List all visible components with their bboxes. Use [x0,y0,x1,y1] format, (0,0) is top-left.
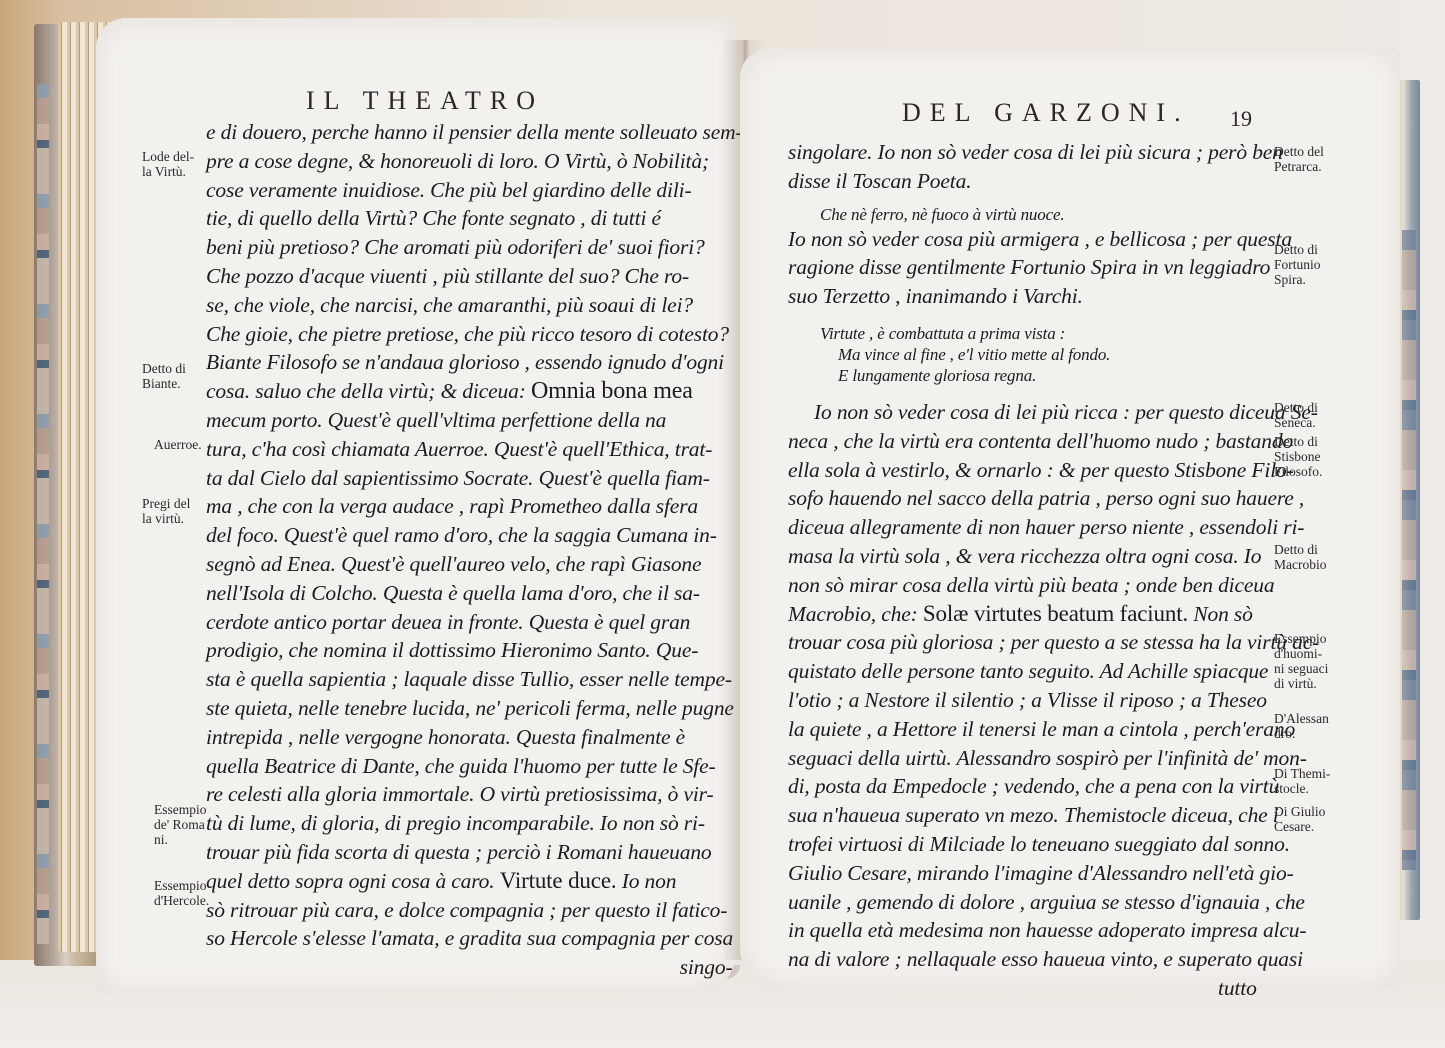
text-line: ella sola à vestirlo, & ornarlo : & per … [788,456,1319,485]
catchword: singo- [206,953,743,982]
text-line: se, che viole, che narcisi, che amaranth… [206,291,743,320]
text-line: trouar più fida scorta di questa ; perci… [206,838,743,867]
text-line: singolare. Io non sò veder cosa di lei p… [788,138,1319,167]
text-line: re celesti alla gloria immortale. O virt… [206,780,743,809]
margin-note: D'Alessan dro. [1274,711,1329,741]
text-line: beni più pretioso? Che aromati più odori… [206,233,743,262]
text-line: sò ritrouar più cara, e dolce compagnia … [206,896,743,925]
text-line: nell'Isola di Colcho. Questa è quella la… [206,579,743,608]
text-line: del foco. Quest'è quel ramo d'oro, che l… [206,521,743,550]
text-line: l'otio ; a Nestore il silentio ; a Vliss… [788,686,1319,715]
text-line: di, posta da Empedocle ; vedendo, che a … [788,772,1319,801]
text-line-with-latin: Macrobio, che: Solæ virtutes beatum faci… [788,600,1319,629]
margin-note-text: Detto di Macrobio [1274,542,1326,572]
text-line: Biante Filosofo se n'andaua glorioso , e… [206,348,743,377]
margin-note-text: Lode del- la Virtù. [142,149,194,179]
margin-note-text: Detto del Petrarca. [1274,144,1324,174]
text-line: e di douero, perche hanno il pensier del… [206,118,743,147]
text-line: masa la virtù sola , & vera ricchezza ol… [788,542,1319,571]
margin-note-text: Essempio de' Roma ni. [154,802,207,847]
margin-note: Essempio d'huomi- ni seguaci di virtù. [1274,631,1328,691]
text-line: tura, c'ha così chiamata Auerroe. Quest'… [206,435,743,464]
margin-note-text: Di Themi- stocle. [1274,766,1330,796]
margin-note: Essempio de' Roma ni. [154,802,207,847]
text-line: seguaci della uirtù. Alessandro sospirò … [788,744,1319,773]
page-number: 19 [1230,106,1252,132]
text-line: uanile , gemendo di dolore , arguiua se … [788,888,1319,917]
text-line: diceua allegramente di non hauer perso n… [788,513,1319,542]
text-line: cose veramente inuidiose. Che più bel gi… [206,176,743,205]
verse-line: Che nè ferro, nè fuoco à virtù nuoce. [788,204,1319,225]
text-line: ragione disse gentilmente Fortunio Spira… [788,253,1319,282]
text-line: ma , che con la verga audace , rapì Prom… [206,492,743,521]
text-line-with-latin: quel detto sopra ogni cosa à caro. Virtu… [206,867,743,896]
text-line: prodigio, che nomina il dottissimo Hiero… [206,636,743,665]
text-line: Giulio Cesare, mirando l'imagine d'Aless… [788,859,1319,888]
text-line: sua n'haueua superato vn mezo. Themistoc… [788,801,1319,830]
text-line: sta è quella sapientia ; laquale disse T… [206,665,743,694]
verse-line: E lungamente gloriosa regna. [788,365,1319,386]
text-line: na di valore ; nellaquale esso haueua vi… [788,945,1319,974]
text-line-with-latin: cosa. saluo che della virtù; & diceua: O… [206,377,743,406]
margin-note-text: Pregi del la virtù. [142,496,190,526]
text-line: ta dal Cielo dal sapientissimo Socrate. … [206,464,743,493]
margin-note: Detto di Stisbone Filosofo. [1274,434,1322,479]
text-line: non sò mirar cosa della virtù più beata … [788,571,1319,600]
text-line: neca , che la virtù era contenta dell'hu… [788,427,1319,456]
margin-note: Lode del- la Virtù. [142,149,194,179]
right-page: DEL GARZONI. 19 singolare. Io non sò ved… [740,48,1400,988]
margin-note-text: Detto di Stisbone Filosofo. [1274,434,1322,479]
running-head-left: IL THEATRO [306,86,544,116]
latin-quote: Virtute duce. [500,868,617,893]
catchword: tutto [788,974,1319,1003]
text-line: ste quieta, nelle tenebre lucida, ne' pe… [206,694,743,723]
text-line: so Hercole s'elesse l'amata, e gradita s… [206,924,743,953]
text-line: Io non sò veder cosa più armigera , e be… [788,225,1319,254]
italic-text: quel detto sopra ogni cosa à caro. [206,869,500,893]
verse-line: Virtute , è combattuta a prima vista : [788,323,1319,344]
margin-note: Di Giulio Cesare. [1274,804,1325,834]
text-line: disse il Toscan Poeta. [788,167,1319,196]
margin-note-text: Detto di Seneca. [1274,400,1318,430]
text-line: Che pozzo d'acque viuenti , più stillant… [206,262,743,291]
text-line: in quella età medesima non hauesse adope… [788,916,1319,945]
margin-note-text: Essempio d'Hercole. [154,878,209,908]
text-line: cerdote antico portar deuea in fronte. Q… [206,608,743,637]
text-line: quella Beatrice di Dante, che guida l'hu… [206,752,743,781]
text-line: trofei virtuosi di Milciade lo teneuano … [788,830,1319,859]
italic-text: Macrobio, che: [788,602,923,626]
margin-note: Essempio d'Hercole. [154,878,209,908]
text-line: trouar cosa più gloriosa ; per questo a … [788,628,1319,657]
margin-note-text: D'Alessan dro. [1274,711,1329,741]
italic-text: Io non [616,869,676,893]
italic-text: cosa. saluo che della virtù; & diceua: [206,379,531,403]
text-line: pre a cose degne, & honoreuoli di loro. … [206,147,743,176]
text-line: segnò ad Enea. Quest'è quell'aureo velo,… [206,550,743,579]
margin-note: Detto di Macrobio [1274,542,1326,572]
text-line: sofo hauendo nel sacco della patria , pe… [788,484,1319,513]
margin-note: Di Themi- stocle. [1274,766,1330,796]
margin-note-text: Detto di Biante. [142,361,186,391]
latin-quote: Omnia bona mea [531,378,693,404]
margin-note: Detto del Petrarca. [1274,144,1324,174]
text-line: quistato delle persone tanto seguito. Ad… [788,657,1319,686]
text-line: tù di lume, di gloria, di pregio incompa… [206,809,743,838]
running-head-right: DEL GARZONI. [902,98,1190,128]
latin-quote: Solæ virtutes beatum faciunt. [923,601,1188,626]
text-line: intrepida , nelle vergogne honorata. Que… [206,723,743,752]
margin-note: Detto di Seneca. [1274,400,1318,430]
text-line: suo Terzetto , inanimando i Varchi. [788,282,1319,311]
text-line: tie, di quello della Virtù? Che fonte se… [206,204,743,233]
left-page: IL THEATRO e di douero, perche hanno il … [96,18,736,993]
margin-note: Detto di Biante. [142,361,186,391]
margin-note-text: Di Giulio Cesare. [1274,804,1325,834]
text-line: la quiete , a Hettore il tenersi le man … [788,715,1319,744]
margin-note: Pregi del la virtù. [142,496,190,526]
margin-note-text: Essempio d'huomi- ni seguaci di virtù. [1274,631,1328,691]
verse-line: Ma vince al fine , e'l vitio mette al fo… [788,344,1319,365]
left-page-body: e di douero, perche hanno il pensier del… [206,118,743,982]
margin-note: Detto di Fortunio Spira. [1274,242,1321,287]
margin-note-text: Detto di Fortunio Spira. [1274,242,1321,287]
italic-text: Non sò [1188,602,1253,626]
margin-note-text: Auerroe. [154,437,202,452]
text-line: Che gioie, che pietre pretiose, che più … [206,320,743,349]
text-line: mecum porto. Quest'è quell'vltima perfet… [206,406,743,435]
right-page-body: singolare. Io non sò veder cosa di lei p… [788,138,1319,1003]
text-line: Io non sò veder cosa di lei più ricca : … [788,398,1319,427]
margin-note: Auerroe. [154,437,202,452]
